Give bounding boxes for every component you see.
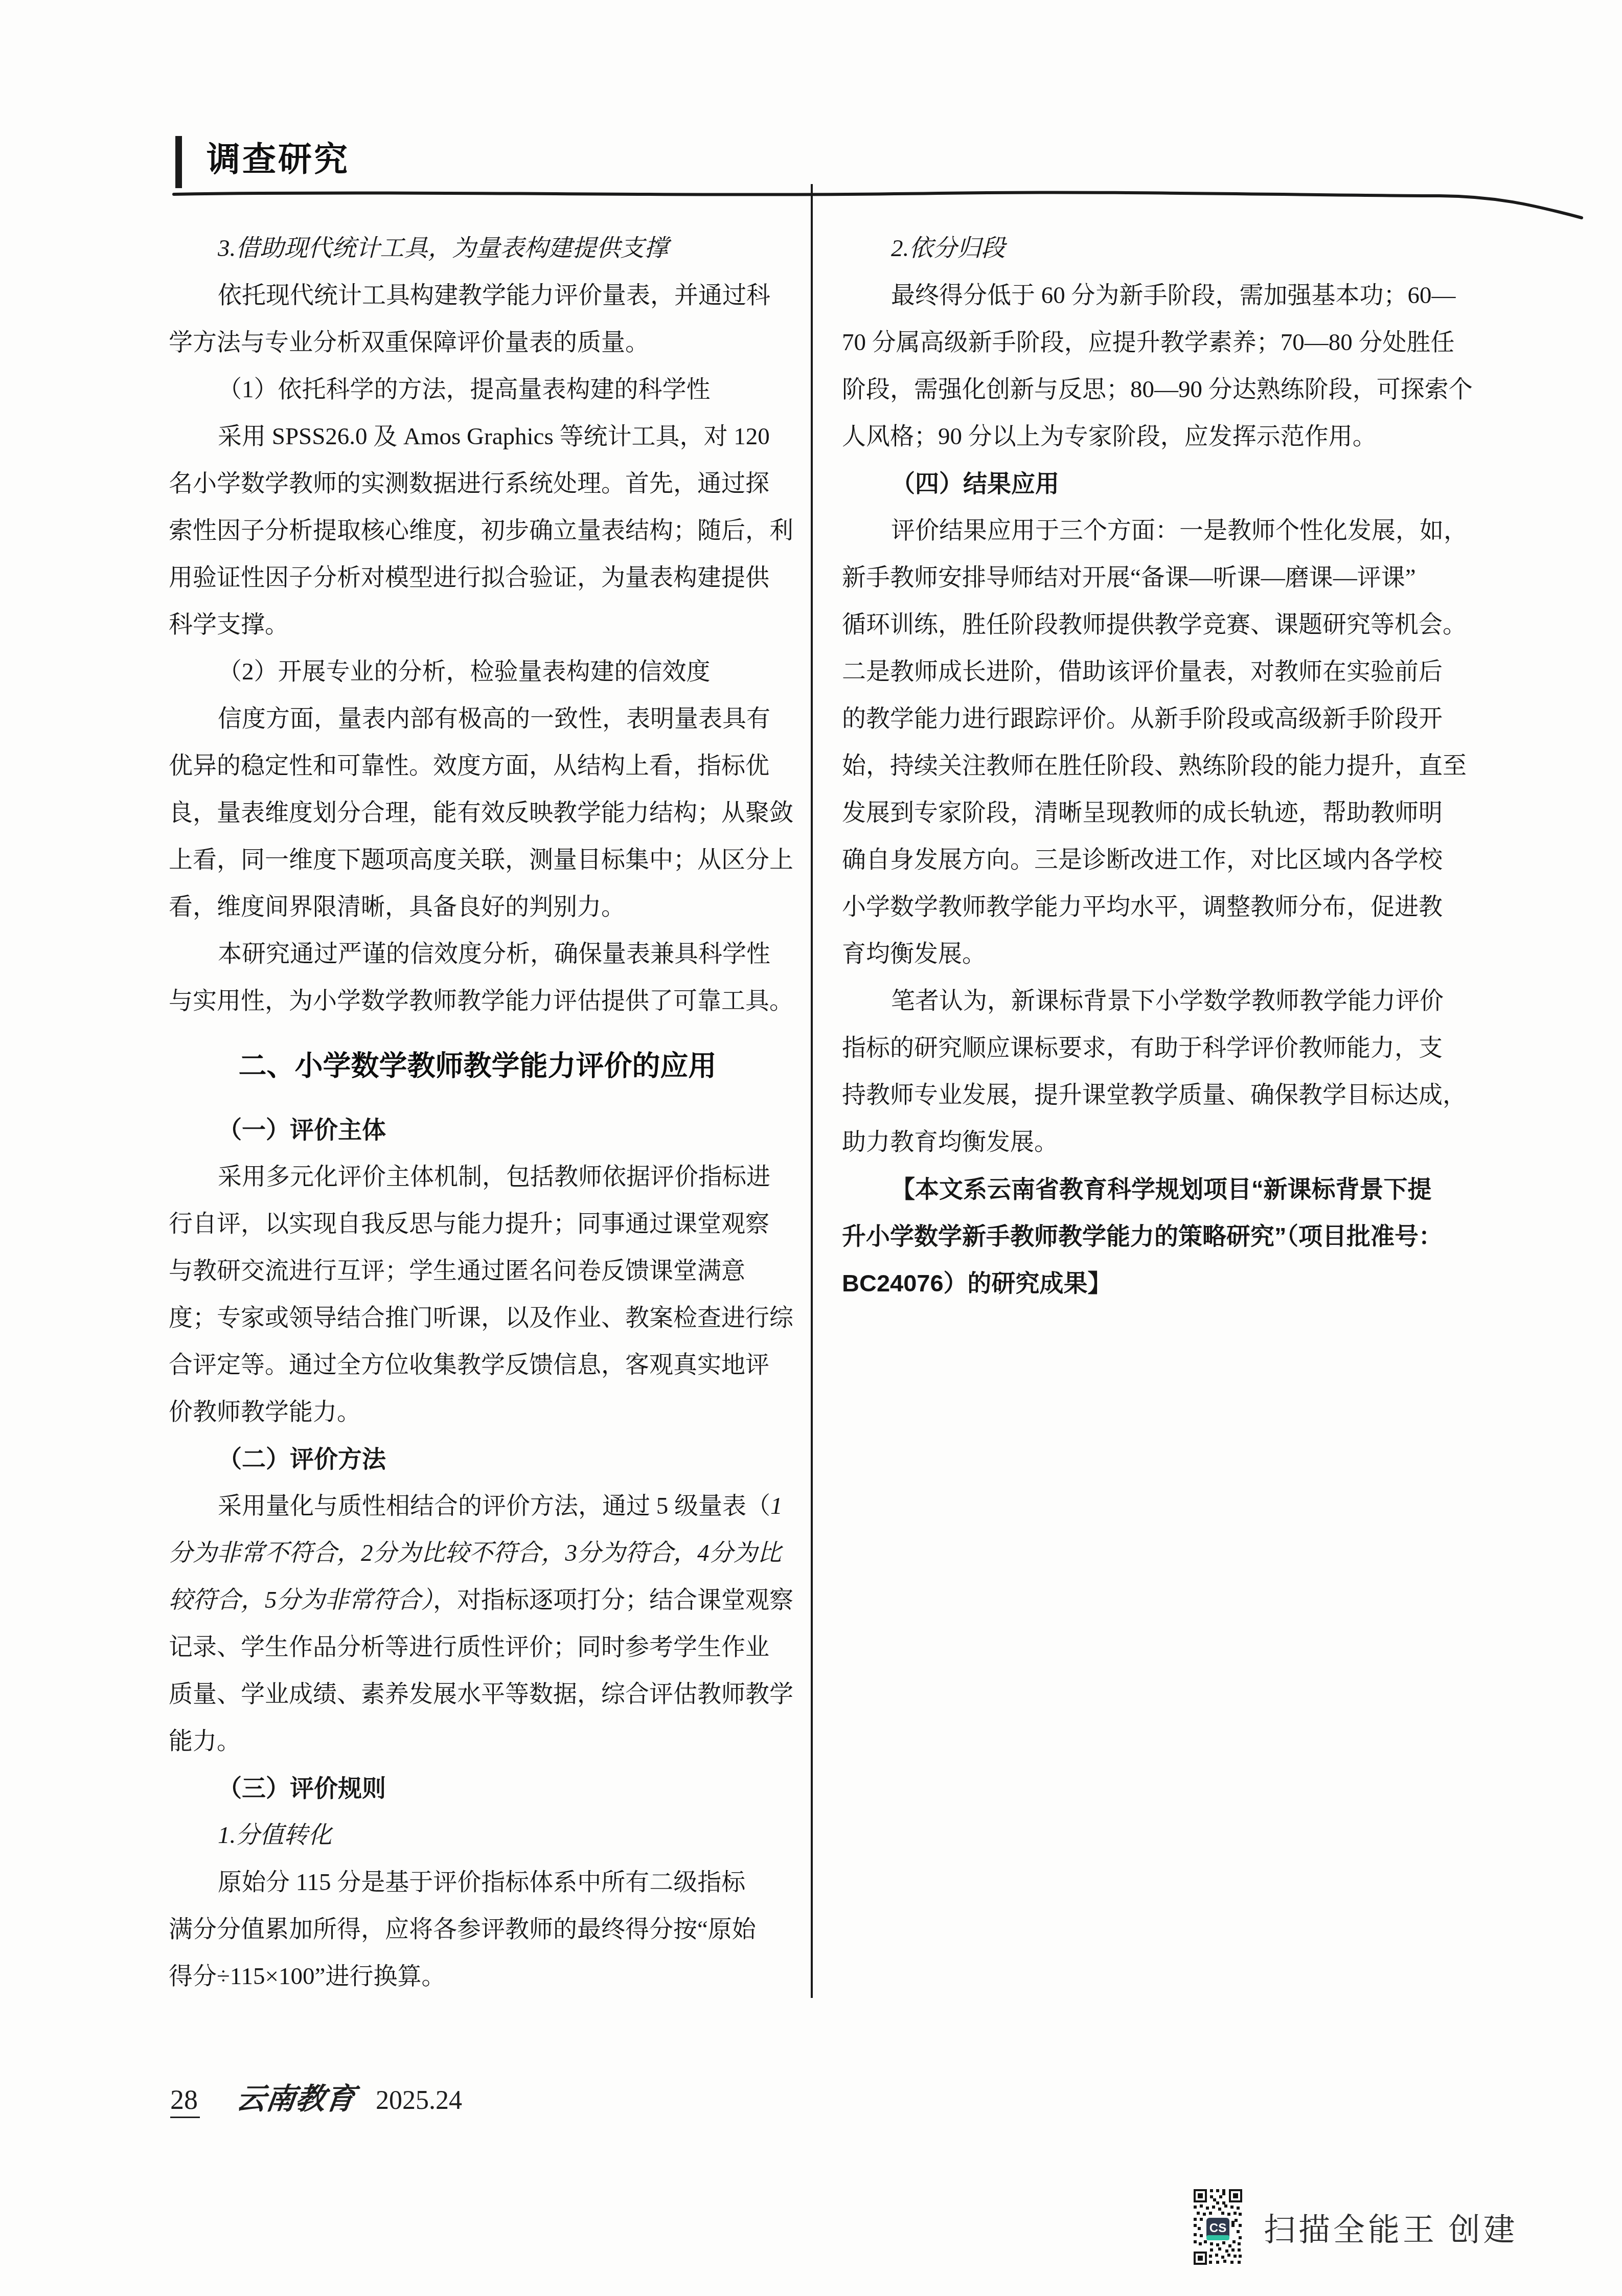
text-line: 最终得分低于 60 分为新手阶段，需加强基本功；60— <box>842 272 1507 319</box>
text-segment: （三）评价规则 <box>218 1775 386 1802</box>
text-line: 人风格；90 分以上为专家阶段，应发挥示范作用。 <box>842 413 1507 460</box>
text-segment: （四）结果应用 <box>891 470 1059 497</box>
text-line: 得分÷115×100”进行换算。 <box>169 1953 786 2000</box>
text-line: 学方法与专业分析双重保障评价量表的质量。 <box>169 319 786 366</box>
text-line: 70 分属高级新手阶段，应提升教学素养；70—80 分处胜任 <box>842 319 1507 366</box>
text-line: 价教师教学能力。 <box>169 1389 786 1436</box>
text-segment: 小学数学教师教学能力平均水平，调整教师分布，促进教 <box>842 894 1443 920</box>
text-segment: 采用 SPSS26.0 及 Amos Graphics 等统计工具，对 120 <box>218 423 770 450</box>
text-segment: ，对指标逐项打分；结合课堂观察 <box>433 1587 793 1613</box>
text-segment: 评价结果应用于三个方面：一是教师个性化发展，如， <box>891 517 1468 544</box>
text-segment: 良，量表维度划分合理，能有效反映教学能力结构；从聚敛 <box>169 800 793 826</box>
text-segment: 分为非常不符合，2分为比较不符合，3分为符合，4分为比 <box>169 1540 782 1566</box>
text-segment: 70 分属高级新手阶段，应提升教学素养；70—80 分处胜任 <box>842 329 1455 356</box>
text-segment: 看，维度间界限清晰，具备良好的判别力。 <box>169 894 625 920</box>
text-line: 采用多元化评价主体机制，包括教师依据评价指标进 <box>169 1153 786 1200</box>
text-line: （一）评价主体 <box>169 1106 786 1153</box>
text-line: 看，维度间界限清晰，具备良好的判别力。 <box>169 883 786 930</box>
text-segment: 育均衡发展。 <box>842 941 986 967</box>
text-line: 3.借助现代统计工具，为量表构建提供支撑 <box>169 225 786 272</box>
text-line: 名小学数学教师的实测数据进行系统处理。首先，通过探 <box>169 460 786 507</box>
text-line: 与教研交流进行互评；学生通过匿名问卷反馈课堂满意 <box>169 1247 786 1294</box>
text-segment: 循环训练，胜任阶段教师提供教学竞赛、课题研究等机会。 <box>842 611 1467 638</box>
text-segment: 二、小学数学教师教学能力评价的应用 <box>238 1050 716 1081</box>
text-line: 信度方面，量表内部有极高的一致性，表明量表具有 <box>169 695 786 742</box>
text-line: 新手教师安排导师结对开展“备课—听课—磨课—评课” <box>842 554 1507 601</box>
text-line: 确自身发展方向。三是诊断改进工作，对比区域内各学校 <box>842 836 1507 883</box>
text-segment: 科学支撑。 <box>169 611 289 638</box>
text-segment: 助力教育均衡发展。 <box>842 1129 1058 1155</box>
cs-logo-icon: CS <box>1206 2218 1229 2240</box>
text-line: 依托现代统计工具构建教学能力评价量表，并通过科 <box>169 272 786 319</box>
text-line: 评价结果应用于三个方面：一是教师个性化发展，如， <box>842 507 1507 554</box>
text-line: 上看，同一维度下题项高度关联，测量目标集中；从区分上 <box>169 836 786 883</box>
kaiti-segment: 较符合，5分为非常符合） <box>169 1587 433 1613</box>
text-line: 发展到专家阶段，清晰呈现教师的成长轨迹，帮助教师明 <box>842 789 1507 836</box>
scanner-watermark: CS 扫描全能王 创建 <box>1194 2189 1518 2265</box>
text-segment: 新手教师安排导师结对开展“备课—听课—磨课—评课” <box>842 564 1416 591</box>
text-line: （四）结果应用 <box>842 460 1507 507</box>
text-segment: 采用量化与质性相结合的评价方法，通过 5 级量表（ <box>218 1493 770 1519</box>
text-line: 分为非常不符合，2分为比较不符合，3分为符合，4分为比 <box>169 1530 786 1577</box>
text-line: 指标的研究顺应课标要求，有助于科学评价教师能力，支 <box>842 1025 1507 1072</box>
text-segment: 与教研交流进行互评；学生通过匿名问卷反馈课堂满意 <box>169 1258 745 1284</box>
text-line: 始，持续关注教师在胜任阶段、熟练阶段的能力提升，直至 <box>842 742 1507 789</box>
text-segment: 采用多元化评价主体机制，包括教师依据评价指标进 <box>218 1164 770 1190</box>
text-line: 【本文系云南省教育科学规划项目“新课标背景下提 <box>842 1166 1507 1213</box>
text-line: 阶段，需强化创新与反思；80—90 分达熟练阶段，可探索个 <box>842 366 1507 413</box>
text-line: 采用 SPSS26.0 及 Amos Graphics 等统计工具，对 120 <box>169 413 786 460</box>
text-segment: 指标的研究顺应课标要求，有助于科学评价教师能力，支 <box>842 1035 1443 1061</box>
text-segment: 记录、学生作品分析等进行质性评价；同时参考学生作业 <box>169 1634 769 1661</box>
text-segment: 索性因子分析提取核心维度，初步确立量表结构；随后，利 <box>169 517 793 544</box>
page-footer: 28 云南教育 2025.24 <box>170 2075 462 2118</box>
text-line: 循环训练，胜任阶段教师提供教学竞赛、课题研究等机会。 <box>842 601 1507 648</box>
column-divider <box>811 184 813 1998</box>
text-line: 助力教育均衡发展。 <box>842 1119 1507 1166</box>
text-segment: 3.借助现代统计工具，为量表构建提供支撑 <box>218 235 668 262</box>
text-segment: 本研究通过严谨的信效度分析，确保量表兼具科学性 <box>218 941 770 967</box>
text-line: 索性因子分析提取核心维度，初步确立量表结构；随后，利 <box>169 507 786 554</box>
svg-text:CS: CS <box>1209 2221 1226 2235</box>
text-line: 2.依分归段 <box>842 225 1507 272</box>
text-segment: 学方法与专业分析双重保障评价量表的质量。 <box>169 329 649 356</box>
text-segment: 【本文系云南省教育科学规划项目“新课标背景下提 <box>891 1175 1432 1202</box>
text-segment: 人风格；90 分以上为专家阶段，应发挥示范作用。 <box>842 423 1377 450</box>
text-segment: 确自身发展方向。三是诊断改进工作，对比区域内各学校 <box>842 847 1443 873</box>
text-segment: （二）评价方法 <box>218 1445 386 1472</box>
text-line: 优异的稳定性和可靠性。效度方面，从结构上看，指标优 <box>169 742 786 789</box>
text-segment: （1）依托科学的方法，提高量表构建的科学性 <box>218 376 711 403</box>
text-line: 二是教师成长进阶，借助该评价量表，对教师在实验前后 <box>842 648 1507 695</box>
text-segment: 笔者认为，新课标背景下小学数学教师教学能力评价 <box>891 988 1444 1014</box>
text-line: 合评定等。通过全方位收集教学反馈信息，客观真实地评 <box>169 1342 786 1389</box>
text-segment: 始，持续关注教师在胜任阶段、熟练阶段的能力提升，直至 <box>842 753 1467 779</box>
text-segment: （2）开展专业的分析，检验量表构建的信效度 <box>218 658 711 685</box>
text-line: （三）评价规则 <box>169 1765 786 1812</box>
text-segment: 的教学能力进行跟踪评价。从新手阶段或高级新手阶段开 <box>842 706 1443 732</box>
text-line: 笔者认为，新课标背景下小学数学教师教学能力评价 <box>842 977 1507 1025</box>
text-segment: 用验证性因子分析对模型进行拟合验证，为量表构建提供 <box>169 564 769 591</box>
text-line: 记录、学生作品分析等进行质性评价；同时参考学生作业 <box>169 1624 786 1671</box>
section-label: 调查研究 <box>207 132 350 180</box>
text-segment: 信度方面，量表内部有极高的一致性，表明量表具有 <box>218 706 770 732</box>
text-line: 质量、学业成绩、素养发展水平等数据，综合评估教师教学 <box>169 1671 786 1718</box>
qr-code-icon: CS <box>1194 2189 1242 2265</box>
text-segment: 发展到专家阶段，清晰呈现教师的成长轨迹，帮助教师明 <box>842 800 1443 826</box>
text-line: 能力。 <box>169 1718 786 1765</box>
text-segment: 价教师教学能力。 <box>169 1399 361 1425</box>
text-line: 用验证性因子分析对模型进行拟合验证，为量表构建提供 <box>169 554 786 601</box>
header-rule <box>172 188 1598 224</box>
text-segment: 优异的稳定性和可靠性。效度方面，从结构上看，指标优 <box>169 753 769 779</box>
text-segment: 2.依分归段 <box>891 235 1005 262</box>
issue-number: 2025.24 <box>376 2085 462 2116</box>
text-line: 的教学能力进行跟踪评价。从新手阶段或高级新手阶段开 <box>842 695 1507 742</box>
text-line: 满分分值累加所得，应将各参评教师的最终得分按“原始 <box>169 1906 786 1953</box>
text-line: 良，量表维度划分合理，能有效反映教学能力结构；从聚敛 <box>169 789 786 836</box>
text-segment: 上看，同一维度下题项高度关联，测量目标集中；从区分上 <box>169 847 793 873</box>
text-segment: 得分÷115×100”进行换算。 <box>169 1963 445 1990</box>
text-line: 与实用性，为小学数学教师教学能力评估提供了可靠工具。 <box>169 977 786 1025</box>
text-line: 科学支撑。 <box>169 601 786 648</box>
text-segment: 升小学数学新手教师教学能力的策略研究”（项目批准号： <box>842 1222 1443 1249</box>
text-line: 本研究通过严谨的信效度分析，确保量表兼具科学性 <box>169 930 786 977</box>
text-segment: 行自评，以实现自我反思与能力提升；同事通过课堂观察 <box>169 1211 769 1237</box>
text-line: 二、小学数学教师教学能力评价的应用 <box>169 1025 786 1106</box>
text-line: 采用量化与质性相结合的评价方法，通过 5 级量表（1 <box>169 1483 786 1530</box>
text-line: （2）开展专业的分析，检验量表构建的信效度 <box>169 648 786 695</box>
text-segment: 质量、学业成绩、素养发展水平等数据，综合评估教师教学 <box>169 1681 793 1708</box>
text-segment: （一）评价主体 <box>218 1116 386 1143</box>
journal-name: 云南教育 <box>234 2075 358 2118</box>
text-segment: 名小学数学教师的实测数据进行系统处理。首先，通过探 <box>169 470 769 497</box>
text-segment: 最终得分低于 60 分为新手阶段，需加强基本功；60— <box>891 282 1456 309</box>
text-line: 行自评，以实现自我反思与能力提升；同事通过课堂观察 <box>169 1200 786 1247</box>
text-segment: 能力。 <box>169 1728 241 1755</box>
text-line: 度；专家或领导结合推门听课，以及作业、教案检查进行综 <box>169 1294 786 1342</box>
text-line: 原始分 115 分是基于评价指标体系中所有二级指标 <box>169 1859 786 1906</box>
text-line: BC24076）的研究成果】 <box>842 1260 1507 1307</box>
text-segment: 原始分 115 分是基于评价指标体系中所有二级指标 <box>218 1869 745 1896</box>
text-line: 1.分值转化 <box>169 1812 786 1859</box>
text-segment: 合评定等。通过全方位收集教学反馈信息，客观真实地评 <box>169 1352 769 1378</box>
text-line: （二）评价方法 <box>169 1436 786 1483</box>
text-line: 升小学数学新手教师教学能力的策略研究”（项目批准号： <box>842 1213 1507 1260</box>
right-column: 2.依分归段最终得分低于 60 分为新手阶段，需加强基本功；60—70 分属高级… <box>842 225 1507 1307</box>
text-line: 较符合，5分为非常符合），对指标逐项打分；结合课堂观察 <box>169 1577 786 1624</box>
text-segment: BC24076）的研究成果】 <box>842 1269 1112 1297</box>
text-segment: 与实用性，为小学数学教师教学能力评估提供了可靠工具。 <box>169 988 793 1014</box>
text-segment: 依托现代统计工具构建教学能力评价量表，并通过科 <box>218 282 770 309</box>
text-segment: 1.分值转化 <box>218 1822 332 1849</box>
text-line: 持教师专业发展，提升课堂教学质量、确保教学目标达成， <box>842 1072 1507 1119</box>
text-segment: 阶段，需强化创新与反思；80—90 分达熟练阶段，可探索个 <box>842 376 1473 403</box>
header-accent-bar <box>175 136 182 188</box>
text-line: 育均衡发展。 <box>842 930 1507 977</box>
scanned-page: 调查研究 3.借助现代统计工具，为量表构建提供支撑依托现代统计工具构建教学能力评… <box>0 0 1622 2296</box>
left-column: 3.借助现代统计工具，为量表构建提供支撑依托现代统计工具构建教学能力评价量表，并… <box>169 225 786 2000</box>
text-line: 小学数学教师教学能力平均水平，调整教师分布，促进教 <box>842 883 1507 930</box>
text-segment: 度；专家或领导结合推门听课，以及作业、教案检查进行综 <box>169 1305 793 1331</box>
kaiti-segment: 1 <box>770 1493 783 1519</box>
text-segment: 持教师专业发展，提升课堂教学质量、确保教学目标达成， <box>842 1082 1467 1108</box>
watermark-text: 扫描全能王 创建 <box>1264 2204 1518 2250</box>
text-segment: 二是教师成长进阶，借助该评价量表，对教师在实验前后 <box>842 658 1443 685</box>
page-number: 28 <box>170 2084 200 2118</box>
text-line: （1）依托科学的方法，提高量表构建的科学性 <box>169 366 786 413</box>
text-segment: 满分分值累加所得，应将各参评教师的最终得分按“原始 <box>169 1916 756 1943</box>
